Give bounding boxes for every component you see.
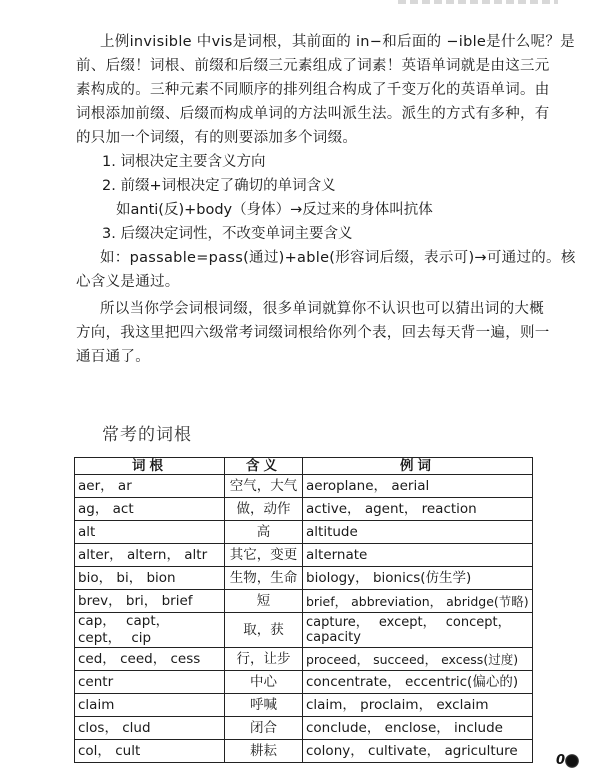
example-paragraph: 如：passable=pass(通过)+able(形容词后缀，表示可)→可通过的…: [76, 246, 536, 294]
rule-2: 2. 前缀+词根决定了确切的单词含义: [102, 174, 336, 198]
text-line: 词根添加前缀、后缀而构成单词的方法叫派生法。派生的方式有多种，有: [76, 102, 536, 126]
running-header: [398, 0, 558, 4]
cell-examples: active， agent， reaction: [303, 498, 533, 521]
cell-meaning: 高: [225, 521, 303, 544]
cell-root: claim: [75, 694, 225, 717]
cell-root: brev， bri， brief: [75, 590, 225, 613]
rule-1: 1. 词根决定主要含义方向: [102, 150, 265, 174]
cell-meaning: 短: [225, 590, 303, 613]
cell-meaning: 中心: [225, 671, 303, 694]
text-line: 上例invisible 中vis是词根，其前面的 in−和后面的 −ible是什…: [76, 30, 536, 54]
text-line: 素构成的。三种元素不同顺序的排列组合构成了千变万化的英语单词。由: [76, 78, 536, 102]
word-roots-table: 词根 含义 例词 aer， ar 空气，大气 aeroplane， aerial…: [74, 457, 533, 763]
cell-root: alter， altern， altr: [75, 544, 225, 567]
cell-examples: altitude: [303, 521, 533, 544]
page-number: 0: [556, 753, 565, 768]
text-line: 所以当你学会词根词缀，很多单词就算你不认识也可以猜出词的大概: [76, 297, 536, 321]
cell-meaning: 生物，生命: [225, 567, 303, 590]
cell-root: aer， ar: [75, 475, 225, 498]
cell-examples: capture， except， concept， capacity: [303, 613, 533, 648]
table-row: brev， bri， brief 短 brief， abbreviation， …: [75, 590, 533, 613]
section-title: 常考的词根: [102, 420, 192, 445]
table-row: aer， ar 空气，大气 aeroplane， aerial: [75, 475, 533, 498]
summary-paragraph: 所以当你学会词根词缀，很多单词就算你不认识也可以猜出词的大概 方向，我这里把四六…: [76, 297, 536, 369]
cell-examples: claim， proclaim， exclaim: [303, 694, 533, 717]
cell-root: cap， capt， cept， cip: [75, 613, 225, 648]
table-row: ag， act 做，动作 active， agent， reaction: [75, 498, 533, 521]
table-row: alt 高 altitude: [75, 521, 533, 544]
cell-examples: concentrate， eccentric(偏心的): [303, 671, 533, 694]
cell-root: centr: [75, 671, 225, 694]
cell-examples: conclude， enclose， include: [303, 717, 533, 740]
cell-root: clos， clud: [75, 717, 225, 740]
rule-3: 3. 后缀决定词性，不改变单词主要含义: [102, 222, 352, 246]
cell-meaning: 闭合: [225, 717, 303, 740]
table-row: bio， bi， bion 生物，生命 biology， bionics(仿生学…: [75, 567, 533, 590]
cell-meaning: 呼喊: [225, 694, 303, 717]
cell-meaning: 取，获: [225, 613, 303, 648]
table-header-row: 词根 含义 例词: [75, 458, 533, 475]
text-line: 如：passable=pass(通过)+able(形容词后缀，表示可)→可通过的…: [76, 246, 536, 270]
cell-root: col， cult: [75, 740, 225, 763]
text-line: 的只加一个词缀，有的则要添加多个词缀。: [76, 126, 536, 150]
cell-meaning: 空气，大气: [225, 475, 303, 498]
table-row: clos， clud 闭合 conclude， enclose， include: [75, 717, 533, 740]
header-examples: 例词: [303, 458, 533, 475]
cell-examples: colony， cultivate， agriculture: [303, 740, 533, 763]
cell-examples: brief， abbreviation， abridge(节略): [303, 590, 533, 613]
text-line: 心含义是通过。: [76, 270, 536, 294]
cell-meaning: 耕耘: [225, 740, 303, 763]
table-row: alter， altern， altr 其它，变更 alternate: [75, 544, 533, 567]
cell-examples: aeroplane， aerial: [303, 475, 533, 498]
table-row: centr 中心 concentrate， eccentric(偏心的): [75, 671, 533, 694]
text-line: 通百通了。: [76, 345, 536, 369]
cell-root: bio， bi， bion: [75, 567, 225, 590]
cell-meaning: 行，让步: [225, 648, 303, 671]
header-root: 词根: [75, 458, 225, 475]
cell-root: ced， ceed， cess: [75, 648, 225, 671]
table-row: ced， ceed， cess 行，让步 proceed， succeed， e…: [75, 648, 533, 671]
table-row: claim 呼喊 claim， proclaim， exclaim: [75, 694, 533, 717]
cell-root: ag， act: [75, 498, 225, 521]
header-meaning: 含义: [225, 458, 303, 475]
cell-examples: biology， bionics(仿生学): [303, 567, 533, 590]
table-row: col， cult 耕耘 colony， cultivate， agricult…: [75, 740, 533, 763]
text-line: 前、后缀！词根、前缀和后缀三元素组成了词素！英语单词就是由这三元: [76, 54, 536, 78]
cell-examples: proceed， succeed， excess(过度): [303, 648, 533, 671]
cell-meaning: 其它，变更: [225, 544, 303, 567]
cell-examples: alternate: [303, 544, 533, 567]
cell-root: alt: [75, 521, 225, 544]
rule-2-example: 如anti(反)+body（身体）→反过来的身体叫抗体: [116, 198, 433, 222]
cell-meaning: 做，动作: [225, 498, 303, 521]
table-row: cap， capt， cept， cip 取，获 capture， except…: [75, 613, 533, 648]
text-line: 方向，我这里把四六级常考词缀词根给你列个表，回去每天背一遍，则一: [76, 321, 536, 345]
intro-paragraph: 上例invisible 中vis是词根，其前面的 in−和后面的 −ible是什…: [76, 30, 536, 150]
page-number-smudge: [565, 754, 579, 768]
